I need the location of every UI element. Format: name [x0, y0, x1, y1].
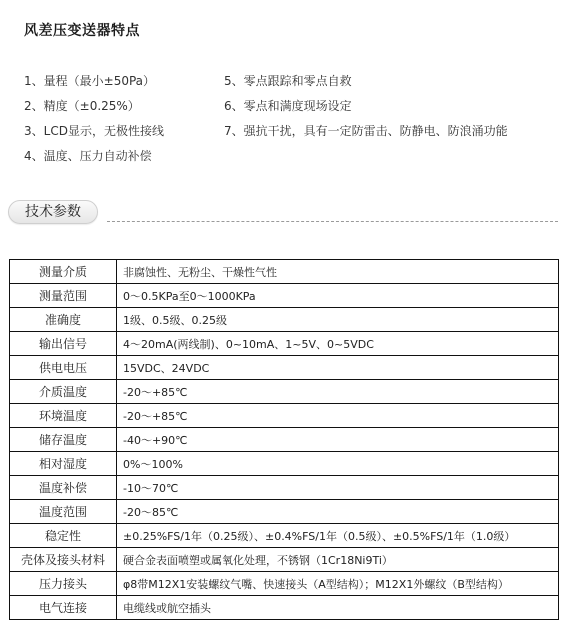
table-row: 介质温度-20～+85℃	[10, 380, 559, 404]
spec-value: 0～0.5KPa至0～1000KPa	[117, 284, 559, 308]
table-row: 电气连接电缆线或航空插头	[10, 596, 559, 620]
feature-item: 2、精度（±0.25%）	[24, 97, 140, 114]
section-divider	[107, 221, 558, 222]
feature-item: 3、LCD显示，无极性接线	[24, 122, 164, 139]
feature-item: 4、温度、压力自动补偿	[24, 147, 152, 164]
spec-key: 温度补偿	[10, 476, 117, 500]
spec-value: 电缆线或航空插头	[117, 596, 559, 620]
spec-key: 储存温度	[10, 428, 117, 452]
spec-value: -10～70℃	[117, 476, 559, 500]
feature-item: 6、零点和满度现场设定	[224, 97, 352, 114]
table-row: 压力接头φ8带M12X1安装螺纹气嘴、快速接头（A型结构）；M12X1外螺纹（B…	[10, 572, 559, 596]
table-row: 储存温度-40～+90℃	[10, 428, 559, 452]
spec-key: 测量介质	[10, 260, 117, 284]
table-row: 温度补偿-10～70℃	[10, 476, 559, 500]
section-tab-label: 技术参数	[8, 200, 98, 224]
feature-item: 7、强抗干扰，具有一定防雷击、防静电、防浪涌功能	[224, 122, 508, 139]
table-row: 环境温度-20～+85℃	[10, 404, 559, 428]
spec-value: -20～+85℃	[117, 404, 559, 428]
spec-key: 准确度	[10, 308, 117, 332]
table-row: 准确度1级、0.5级、0.25级	[10, 308, 559, 332]
spec-key: 相对湿度	[10, 452, 117, 476]
table-row: 输出信号4～20mA(两线制)、0~10mA、1~5V、0~5VDC	[10, 332, 559, 356]
table-row: 供电电压15VDC、24VDC	[10, 356, 559, 380]
table-row: 稳定性±0.25%FS/1年（0.25级）、±0.4%FS/1年（0.5级）、±…	[10, 524, 559, 548]
table-row: 测量范围0～0.5KPa至0～1000KPa	[10, 284, 559, 308]
spec-value: -20～85℃	[117, 500, 559, 524]
spec-key: 测量范围	[10, 284, 117, 308]
spec-key: 供电电压	[10, 356, 117, 380]
section-header: 技术参数	[8, 200, 558, 224]
feature-item: 5、零点跟踪和零点自救	[224, 72, 352, 89]
spec-key: 介质温度	[10, 380, 117, 404]
table-row: 测量介质非腐蚀性、无粉尘、干燥性气性	[10, 260, 559, 284]
spec-key: 温度范围	[10, 500, 117, 524]
spec-key: 环境温度	[10, 404, 117, 428]
spec-value: 1级、0.5级、0.25级	[117, 308, 559, 332]
spec-table: 测量介质非腐蚀性、无粉尘、干燥性气性测量范围0～0.5KPa至0～1000KPa…	[9, 259, 559, 620]
spec-value: 0%～100%	[117, 452, 559, 476]
spec-value: -20～+85℃	[117, 380, 559, 404]
page-title: 风差压变送器特点	[24, 20, 140, 40]
spec-value: 非腐蚀性、无粉尘、干燥性气性	[117, 260, 559, 284]
feature-item: 1、量程（最小±50Pa）	[24, 72, 155, 89]
spec-value: 4～20mA(两线制)、0~10mA、1~5V、0~5VDC	[117, 332, 559, 356]
spec-value: -40～+90℃	[117, 428, 559, 452]
spec-key: 电气连接	[10, 596, 117, 620]
spec-value: 硬合金表面喷塑或属氧化处理，不锈钢（1Cr18Ni9Ti）	[117, 548, 559, 572]
table-row: 壳体及接头材料硬合金表面喷塑或属氧化处理，不锈钢（1Cr18Ni9Ti）	[10, 548, 559, 572]
spec-key: 壳体及接头材料	[10, 548, 117, 572]
spec-value: 15VDC、24VDC	[117, 356, 559, 380]
spec-key: 输出信号	[10, 332, 117, 356]
table-row: 相对湿度0%～100%	[10, 452, 559, 476]
spec-value: ±0.25%FS/1年（0.25级）、±0.4%FS/1年（0.5级）、±0.5…	[117, 524, 559, 548]
spec-key: 压力接头	[10, 572, 117, 596]
spec-value: φ8带M12X1安装螺纹气嘴、快速接头（A型结构）；M12X1外螺纹（B型结构）	[117, 572, 559, 596]
table-row: 温度范围-20～85℃	[10, 500, 559, 524]
spec-key: 稳定性	[10, 524, 117, 548]
